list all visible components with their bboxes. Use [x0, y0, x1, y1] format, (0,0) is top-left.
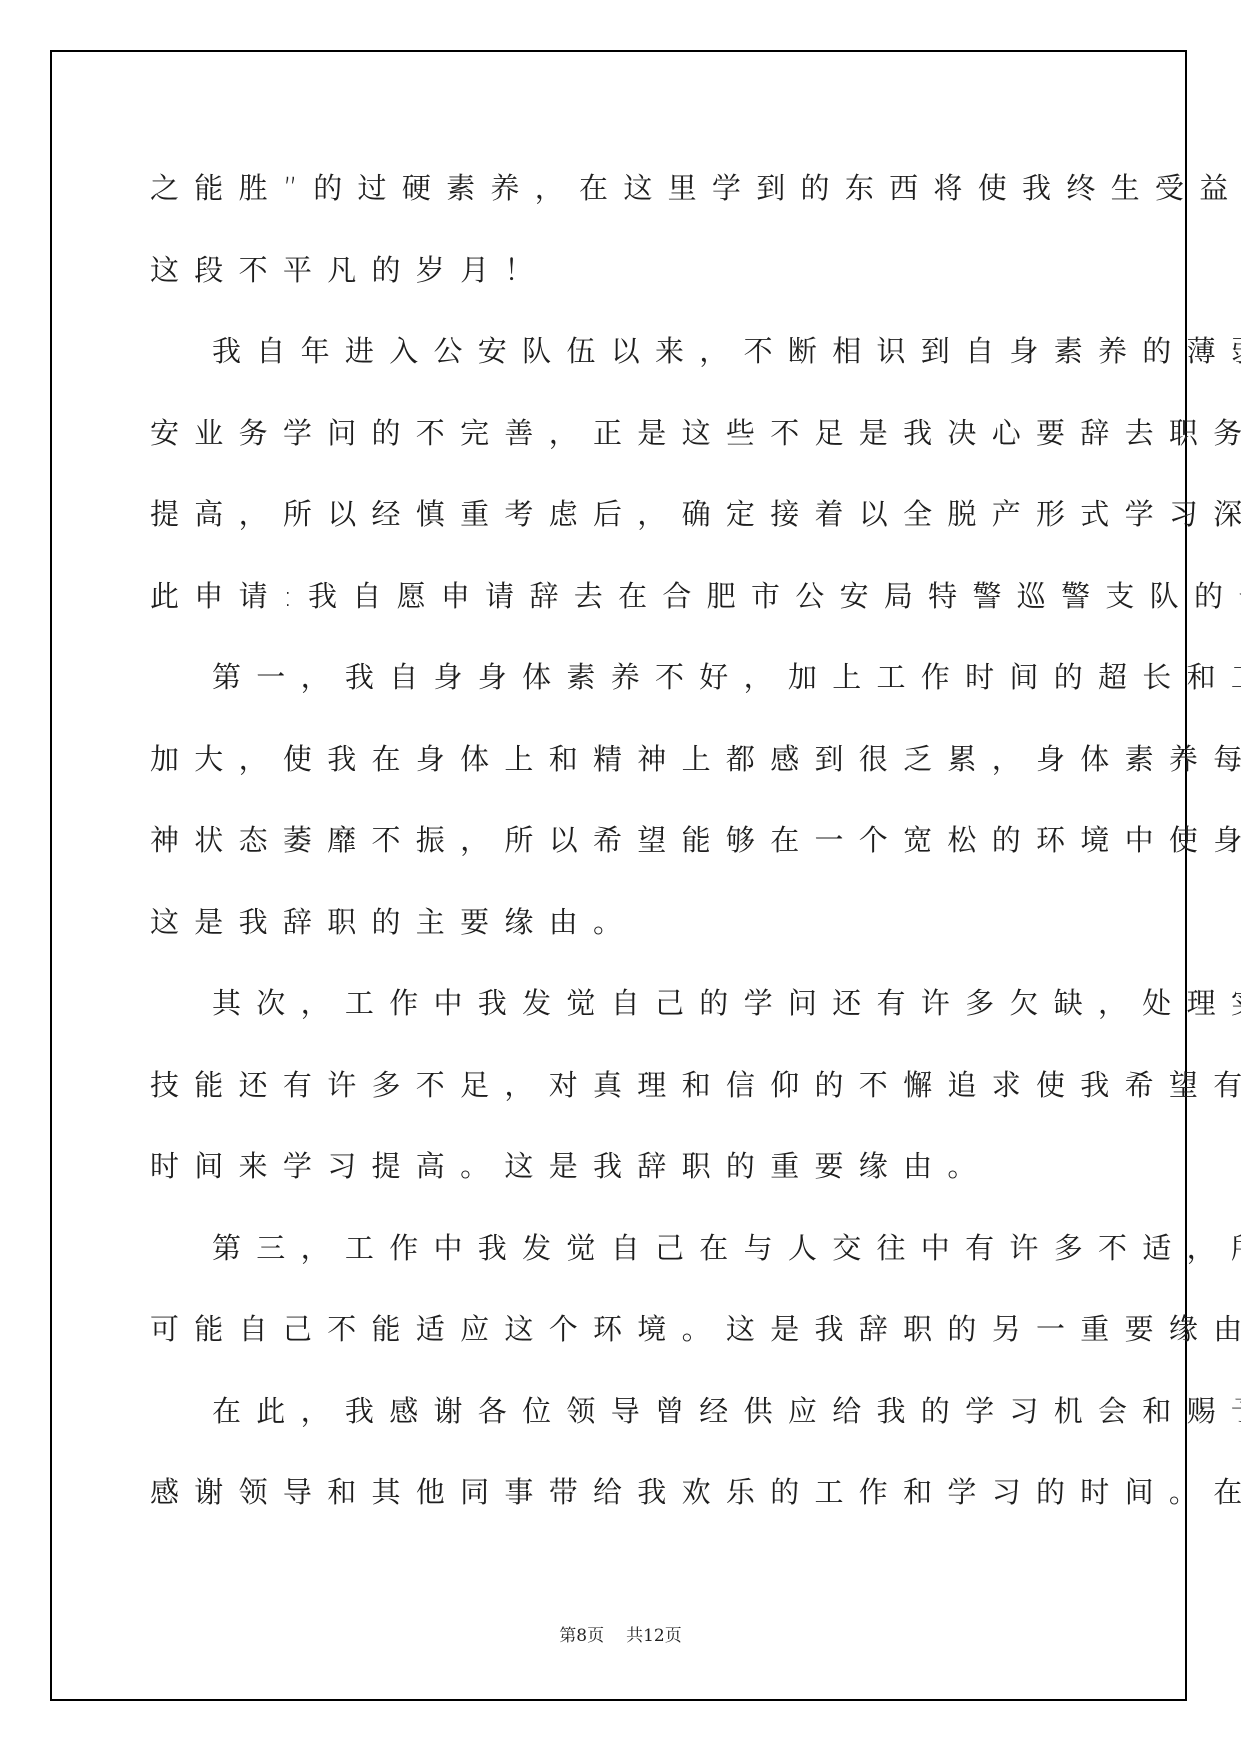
text-line: 第三，工作中我发觉自己在与人交往中有许多不适，所以我觉得 [150, 1224, 1110, 1306]
page-footer: 第8页共12页 [0, 1621, 1241, 1646]
total-pages-label: 共12页 [626, 1621, 682, 1646]
text-line: 可能自己不能适应这个环境。这是我辞职的另一重要缘由。 [150, 1305, 1110, 1387]
text-line: 在此，我感谢各位领导曾经供应给我的学习机会和赐予的关爱， [150, 1387, 1110, 1469]
text-line: 我自年进入公安队伍以来，不断相识到自身素养的薄弱，各项公 [150, 327, 1110, 409]
text-line: 感谢领导和其他同事带给我欢乐的工作和学习的时间。在特警支队的 [150, 1468, 1110, 1550]
text-line: 安业务学问的不完善，正是这些不足是我决心要辞去职务，再学习再 [150, 409, 1110, 491]
text-line: 这是我辞职的主要缘由。 [150, 898, 1110, 980]
document-body: 之能胜”的过硬素养，在这里学到的东西将使我终生受益，我要感谢 这段不平凡的岁月！… [150, 164, 1110, 1550]
text-line: 技能还有许多不足，对真理和信仰的不懈追求使我希望有一个足够的 [150, 1061, 1110, 1143]
text-line: 其次，工作中我发觉自己的学问还有许多欠缺，处理实际工作的 [150, 979, 1110, 1061]
text-line: 第一，我自身身体素养不好，加上工作时间的超长和工作压力的 [150, 653, 1110, 735]
text-line: 此申请:我自愿申请辞去在合肥市公安局特警巡警支队的一切工作。 [150, 572, 1110, 654]
text-line: 提高，所以经慎重考虑后，确定接着以全脱产形式学习深造，特提出 [150, 490, 1110, 572]
text-line: 加大，使我在身体上和精神上都感到很乏累，身体素养每况愈下，精 [150, 735, 1110, 817]
text-line: 之能胜”的过硬素养，在这里学到的东西将使我终生受益，我要感谢 [150, 164, 1110, 246]
text-line: 神状态萎靡不振，所以希望能够在一个宽松的环境中使身体得到复原。 [150, 816, 1110, 898]
page-number-label: 第8页 [559, 1621, 604, 1646]
text-line: 这段不平凡的岁月！ [150, 246, 1110, 328]
text-line: 时间来学习提高。这是我辞职的重要缘由。 [150, 1142, 1110, 1224]
